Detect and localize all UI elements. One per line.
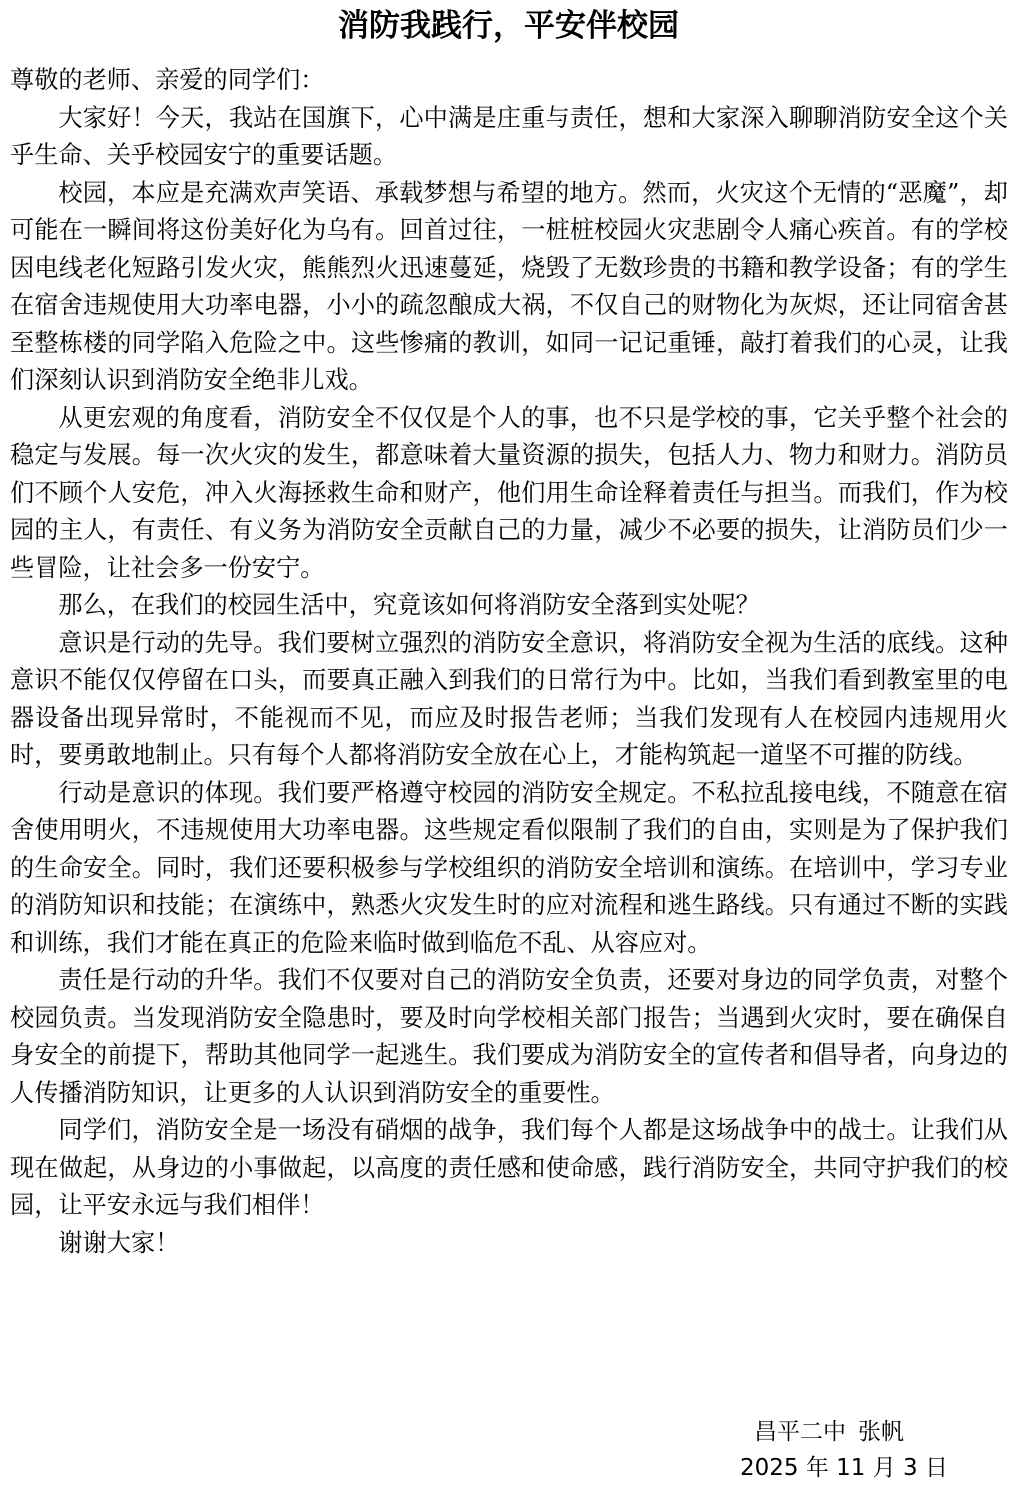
paragraph-social-perspective: 从更宏观的角度看，消防安全不仅仅是个人的事，也不只是学校的事，它关乎整个社会的稳…	[10, 400, 1008, 588]
signature-school: 昌平二中	[754, 1419, 846, 1445]
signature-author-line: 昌平二中张帆	[740, 1414, 1000, 1450]
signature-author: 张帆	[858, 1419, 904, 1445]
document-page: 消防我践行，平安伴校园 尊敬的老师、亲爱的同学们： 大家好！今天，我站在国旗下，…	[0, 0, 1017, 1492]
paragraph-campus-fires: 校园，本应是充满欢声笑语、承载梦想与希望的地方。然而，火灾这个无情的“恶魔”，却…	[10, 175, 1008, 400]
paragraph-awareness: 意识是行动的先导。我们要树立强烈的消防安全意识，将消防安全视为生活的底线。这种意…	[10, 625, 1008, 775]
speech-body: 尊敬的老师、亲爱的同学们： 大家好！今天，我站在国旗下，心中满是庄重与责任，想和…	[10, 62, 1008, 1262]
paragraph-call-to-action: 同学们，消防安全是一场没有硝烟的战争，我们每个人都是这场战争中的战士。让我们从现…	[10, 1112, 1008, 1225]
paragraph-responsibility: 责任是行动的升华。我们不仅要对自己的消防安全负责，还要对身边的同学负责，对整个校…	[10, 962, 1008, 1112]
signature-date: 2025 年 11 月 3 日	[740, 1450, 1000, 1486]
paragraph-thanks: 谢谢大家！	[10, 1225, 1008, 1263]
paragraph-action: 行动是意识的体现。我们要严格遵守校园的消防安全规定。不私拉乱接电线，不随意在宿舍…	[10, 775, 1008, 963]
signature-block: 昌平二中张帆 2025 年 11 月 3 日	[740, 1414, 1000, 1486]
paragraph-question: 那么，在我们的校园生活中，究竟该如何将消防安全落到实处呢？	[10, 587, 1008, 625]
paragraph-opening: 大家好！今天，我站在国旗下，心中满是庄重与责任，想和大家深入聊聊消防安全这个关乎…	[10, 100, 1008, 175]
greeting: 尊敬的老师、亲爱的同学们：	[10, 62, 1008, 100]
document-title: 消防我践行，平安伴校园	[0, 6, 1017, 46]
